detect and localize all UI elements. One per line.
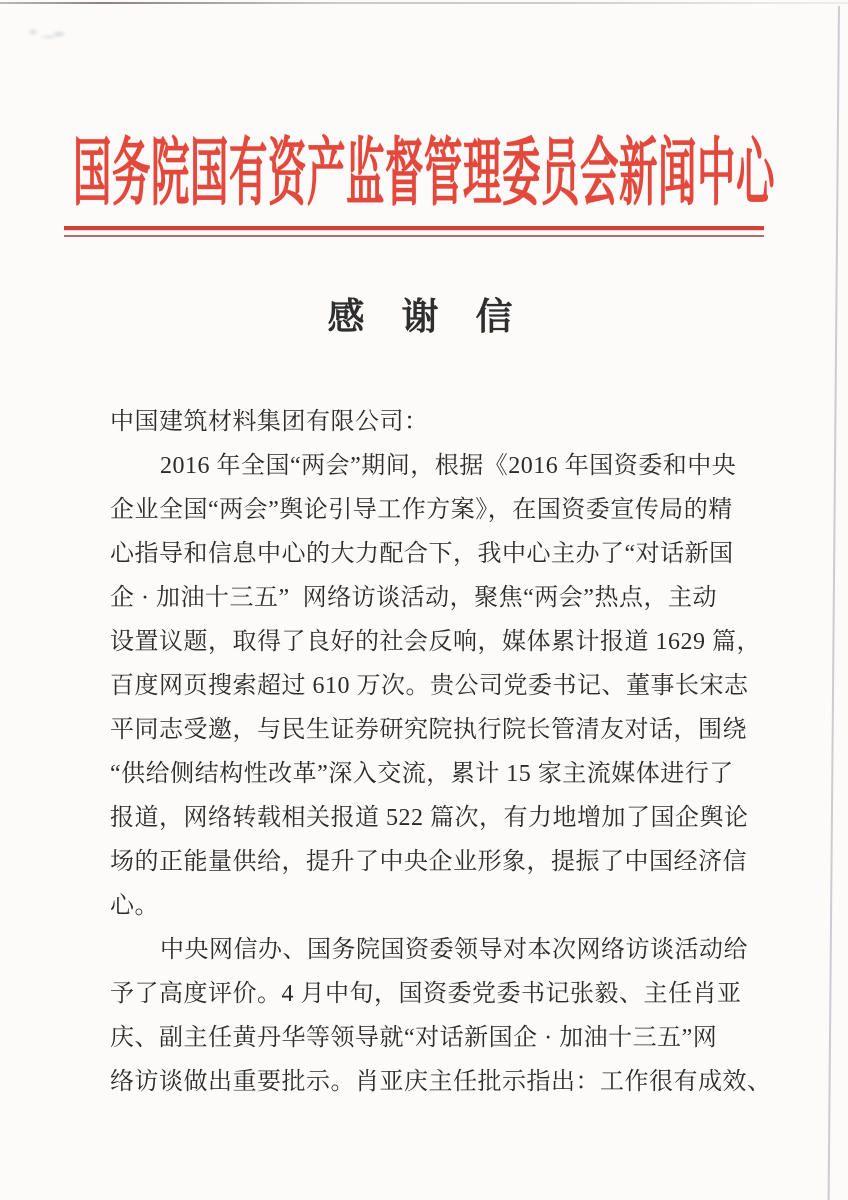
body-line: 设置议题，取得了良好的社会反响，媒体累计报道 1629 篇， <box>110 620 758 664</box>
body-line: “供给侧结构性改革”深入交流，累计 15 家主流媒体进行了 <box>110 752 758 796</box>
body-line: 企业全国“两会”舆论引导工作方案》，在国资委宣传局的精 <box>110 488 758 532</box>
scanned-letter-page: 国务院国有资产监督管理委员会新闻中心 感 谢 信 中国建筑材料集团有限公司： 2… <box>0 0 848 1200</box>
body-line: 予了高度评价。4 月中旬，国资委党委书记张毅、主任肖亚 <box>110 972 758 1016</box>
body-line: 2016 年全国“两会”期间，根据《2016 年国资委和中央 <box>110 444 758 488</box>
salutation-line: 中国建筑材料集团有限公司： <box>110 400 758 444</box>
letter-title-char: 感 <box>328 296 365 340</box>
letter-title: 感 谢 信 <box>0 296 840 340</box>
body-line: 心。 <box>110 884 758 928</box>
body-line: 平同志受邀，与民生证券研究院执行院长管清友对话，围绕 <box>110 708 758 752</box>
body-line: 络访谈做出重要批示。肖亚庆主任批示指出：工作很有成效、 <box>110 1060 758 1104</box>
letterhead-org-name: 国务院国有资产监督管理委员会新闻中心 <box>73 134 775 214</box>
letterhead: 国务院国有资产监督管理委员会新闻中心 <box>0 132 848 216</box>
body-line: 心指导和信息中心的大力配合下，我中心主办了“对话新国 <box>110 532 758 576</box>
letterhead-rule-thin <box>64 235 764 237</box>
letter-title-char: 信 <box>476 296 513 340</box>
letter-title-char: 谢 <box>402 296 439 340</box>
body-line: 中央网信办、国务院国资委领导对本次网络访谈活动给 <box>110 928 758 972</box>
letterhead-rule-thick <box>64 226 764 230</box>
scan-edge-artifact-top <box>0 2 848 4</box>
body-line: 百度网页搜索超过 610 万次。贵公司党委书记、董事长宋志 <box>110 664 758 708</box>
body-line: 庆、副主任黄丹华等领导就“对话新国企 · 加油十三五”网 <box>110 1016 758 1060</box>
body-line: 报道，网络转载相关报道 522 篇次，有力地增加了国企舆论 <box>110 796 758 840</box>
letter-body: 中国建筑材料集团有限公司： 2016 年全国“两会”期间，根据《2016 年国资… <box>110 400 758 1104</box>
body-line: 场的正能量供给，提升了中央企业形象，提振了中国经济信 <box>110 840 758 884</box>
body-line: 企 · 加油十三五” 网络访谈活动，聚焦“两会”热点，主动 <box>110 576 758 620</box>
pencil-smudge-mark <box>20 20 78 44</box>
